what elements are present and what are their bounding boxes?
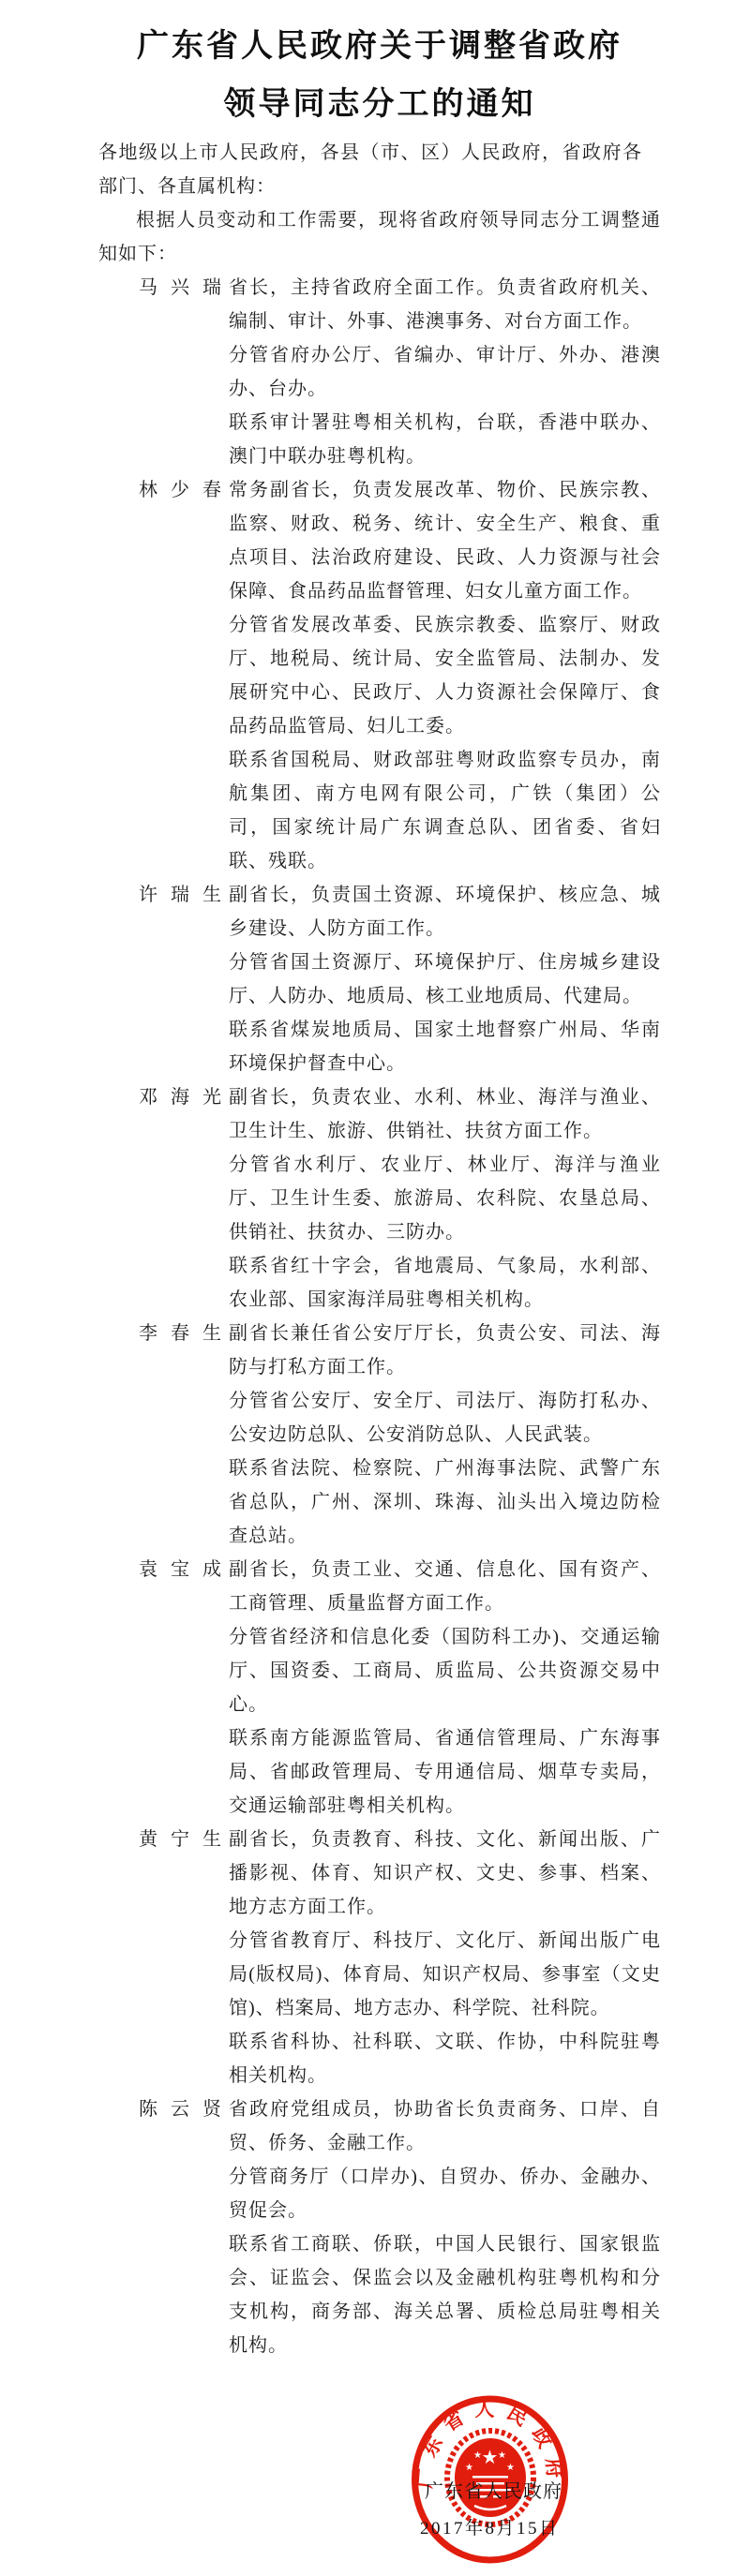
entry-li-chunsheng: 李春生 副省长兼任省公安厅厅长，负责公安、司法、海防与打私方面工作。 分管省公安… bbox=[98, 1317, 661, 1553]
duty-paragraph: 副省长，负责农业、水利、林业、海洋与渔业、卫生计生、旅游、供销社、扶贫方面工作。 bbox=[229, 1080, 661, 1148]
duty-paragraph: 常务副省长，负责发展改革、物价、民族宗教、监察、财政、税务、统计、安全生产、粮食… bbox=[229, 473, 661, 608]
liaison-paragraph: 联系省科协、社科联、文联、作协，中科院驻粤相关机构。 bbox=[229, 2025, 661, 2092]
manage-paragraph: 分管省公安厅、安全厅、司法厅、海防打私办、公安边防总队、公安消防总队、人民武装。 bbox=[229, 1384, 661, 1452]
intro-paragraph: 根据人员变动和工作需要，现将省政府领导同志分工调整通知如下： bbox=[98, 203, 661, 271]
entry-body: 副省长兼任省公安厅厅长，负责公安、司法、海防与打私方面工作。 分管省公安厅、安全… bbox=[229, 1317, 661, 1553]
liaison-paragraph: 联系省工商联、侨联，中国人民银行、国家银监会、证监会、保监会以及金融机构驻粤机构… bbox=[229, 2227, 661, 2362]
entry-xu-ruisheng: 许瑞生 副省长，负责国土资源、环境保护、核应急、城乡建设、人防方面工作。 分管省… bbox=[98, 878, 661, 1080]
liaison-paragraph: 联系省国税局、财政部驻粤财政监察专员办，南航集团、南方电网有限公司，广铁（集团）… bbox=[229, 743, 661, 878]
duty-paragraph: 副省长，负责工业、交通、信息化、国有资产、工商管理、质量监督方面工作。 bbox=[229, 1553, 661, 1620]
manage-paragraph: 分管省府办公厅、省编办、审计厅、外办、港澳办、台办。 bbox=[229, 338, 661, 406]
liaison-paragraph: 联系省煤炭地质局、国家土地督察广州局、华南环境保护督查中心。 bbox=[229, 1013, 661, 1080]
duty-paragraph: 省政府党组成员，协助省长负责商务、口岸、自贸、侨务、金融工作。 bbox=[229, 2092, 661, 2160]
manage-paragraph: 分管省水利厅、农业厅、林业厅、海洋与渔业厅、卫生计生委、旅游局、农科院、农垦总局… bbox=[229, 1148, 661, 1249]
entry-body: 省政府党组成员，协助省长负责商务、口岸、自贸、侨务、金融工作。 分管商务厅（口岸… bbox=[229, 2092, 661, 2362]
document-page: 广东省人民政府关于调整省政府 领导同志分工的通知 各地级以上市人民政府，各县（市… bbox=[0, 0, 750, 2576]
official-name: 邓海光 bbox=[139, 1080, 229, 1114]
issue-date: 2017年8月15日 bbox=[420, 2519, 560, 2539]
svg-text:★: ★ bbox=[506, 2463, 516, 2473]
entry-body: 副省长，负责农业、水利、林业、海洋与渔业、卫生计生、旅游、供销社、扶贫方面工作。… bbox=[229, 1080, 661, 1317]
svg-text:★: ★ bbox=[498, 2450, 507, 2461]
entry-chen-yunxian: 陈云贤 省政府党组成员，协助省长负责商务、口岸、自贸、侨务、金融工作。 分管商务… bbox=[98, 2092, 661, 2362]
official-name: 许瑞生 bbox=[139, 878, 229, 912]
national-emblem-icon: ★ ★ ★ ★ ★ bbox=[447, 2431, 533, 2524]
title-line-2: 领导同志分工的通知 bbox=[224, 87, 536, 122]
document-title: 广东省人民政府关于调整省政府 领导同志分工的通知 bbox=[98, 18, 661, 134]
manage-paragraph: 分管商务厅（口岸办)、自贸办、侨办、金融办、贸促会。 bbox=[229, 2160, 661, 2227]
official-name: 黄宁生 bbox=[139, 1823, 229, 1856]
duty-paragraph: 副省长，负责教育、科技、文化、新闻出版、广播影视、体育、知识产权、文史、参事、档… bbox=[229, 1823, 661, 1924]
official-name: 袁宝成 bbox=[139, 1553, 229, 1586]
liaison-paragraph: 联系省红十字会，省地震局、气象局，水利部、农业部、国家海洋局驻粤相关机构。 bbox=[229, 1249, 661, 1317]
title-line-1: 广东省人民政府关于调整省政府 bbox=[137, 29, 622, 64]
entry-body: 副省长，负责国土资源、环境保护、核应急、城乡建设、人防方面工作。 分管省国土资源… bbox=[229, 878, 661, 1080]
entry-body: 副省长，负责工业、交通、信息化、国有资产、工商管理、质量监督方面工作。 分管省经… bbox=[229, 1553, 661, 1823]
official-name: 林少春 bbox=[139, 473, 229, 507]
salutation: 各地级以上市人民政府，各县（市、区）人民政府，省政府各部门、各直属机构： bbox=[98, 136, 642, 203]
official-name: 李春生 bbox=[139, 1317, 229, 1350]
entry-huang-ningsheng: 黄宁生 副省长，负责教育、科技、文化、新闻出版、广播影视、体育、知识产权、文史、… bbox=[98, 1823, 661, 2092]
duty-paragraph: 省长，主持省政府全面工作。负责省政府机关、编制、审计、外事、港澳事务、对台方面工… bbox=[229, 271, 661, 338]
manage-paragraph: 分管省经济和信息化委（国防科工办)、交通运输厅、国资委、工商局、质监局、公共资源… bbox=[229, 1620, 661, 1721]
duty-paragraph: 副省长，负责国土资源、环境保护、核应急、城乡建设、人防方面工作。 bbox=[229, 878, 661, 946]
liaison-paragraph: 联系南方能源监管局、省通信管理局、广东海事局、省邮政管理局、专用通信局、烟草专卖… bbox=[229, 1721, 661, 1823]
svg-text:★: ★ bbox=[465, 2463, 474, 2473]
issuer-signature: 广东省人民政府 bbox=[425, 2481, 562, 2502]
entry-body: 常务副省长，负责发展改革、物价、民族宗教、监察、财政、税务、统计、安全生产、粮食… bbox=[229, 473, 661, 878]
duty-paragraph: 副省长兼任省公安厅厅长，负责公安、司法、海防与打私方面工作。 bbox=[229, 1317, 661, 1384]
entry-ma-xingrui: 马兴瑞 省长，主持省政府全面工作。负责省政府机关、编制、审计、外事、港澳事务、对… bbox=[98, 271, 661, 473]
entry-body: 省长，主持省政府全面工作。负责省政府机关、编制、审计、外事、港澳事务、对台方面工… bbox=[229, 271, 661, 473]
entry-body: 副省长，负责教育、科技、文化、新闻出版、广播影视、体育、知识产权、文史、参事、档… bbox=[229, 1823, 661, 2092]
entry-yuan-baocheng: 袁宝成 副省长，负责工业、交通、信息化、国有资产、工商管理、质量监督方面工作。 … bbox=[98, 1553, 661, 1823]
manage-paragraph: 分管省发展改革委、民族宗教委、监察厅、财政厅、地税局、统计局、安全监管局、法制办… bbox=[229, 608, 661, 743]
svg-text:★: ★ bbox=[473, 2450, 483, 2461]
svg-text:★: ★ bbox=[482, 2446, 500, 2468]
entry-lin-shaochun: 林少春 常务副省长，负责发展改革、物价、民族宗教、监察、财政、税务、统计、安全生… bbox=[98, 473, 661, 878]
official-name: 陈云贤 bbox=[139, 2092, 229, 2126]
official-name: 马兴瑞 bbox=[139, 271, 229, 305]
manage-paragraph: 分管省国土资源厅、环境保护厅、住房城乡建设厅、人防办、地质局、核工业地质局、代建… bbox=[229, 946, 661, 1013]
liaison-paragraph: 联系审计署驻粤相关机构，台联，香港中联办、澳门中联办驻粤机构。 bbox=[229, 406, 661, 473]
liaison-paragraph: 联系省法院、检察院、广州海事法院、武警广东省总队，广州、深圳、珠海、汕头出入境边… bbox=[229, 1452, 661, 1553]
manage-paragraph: 分管省教育厅、科技厅、文化厅、新闻出版广电局(版权局)、体育局、知识产权局、参事… bbox=[229, 1924, 661, 2025]
entry-deng-haiguang: 邓海光 副省长，负责农业、水利、林业、海洋与渔业、卫生计生、旅游、供销社、扶贫方… bbox=[98, 1080, 661, 1317]
